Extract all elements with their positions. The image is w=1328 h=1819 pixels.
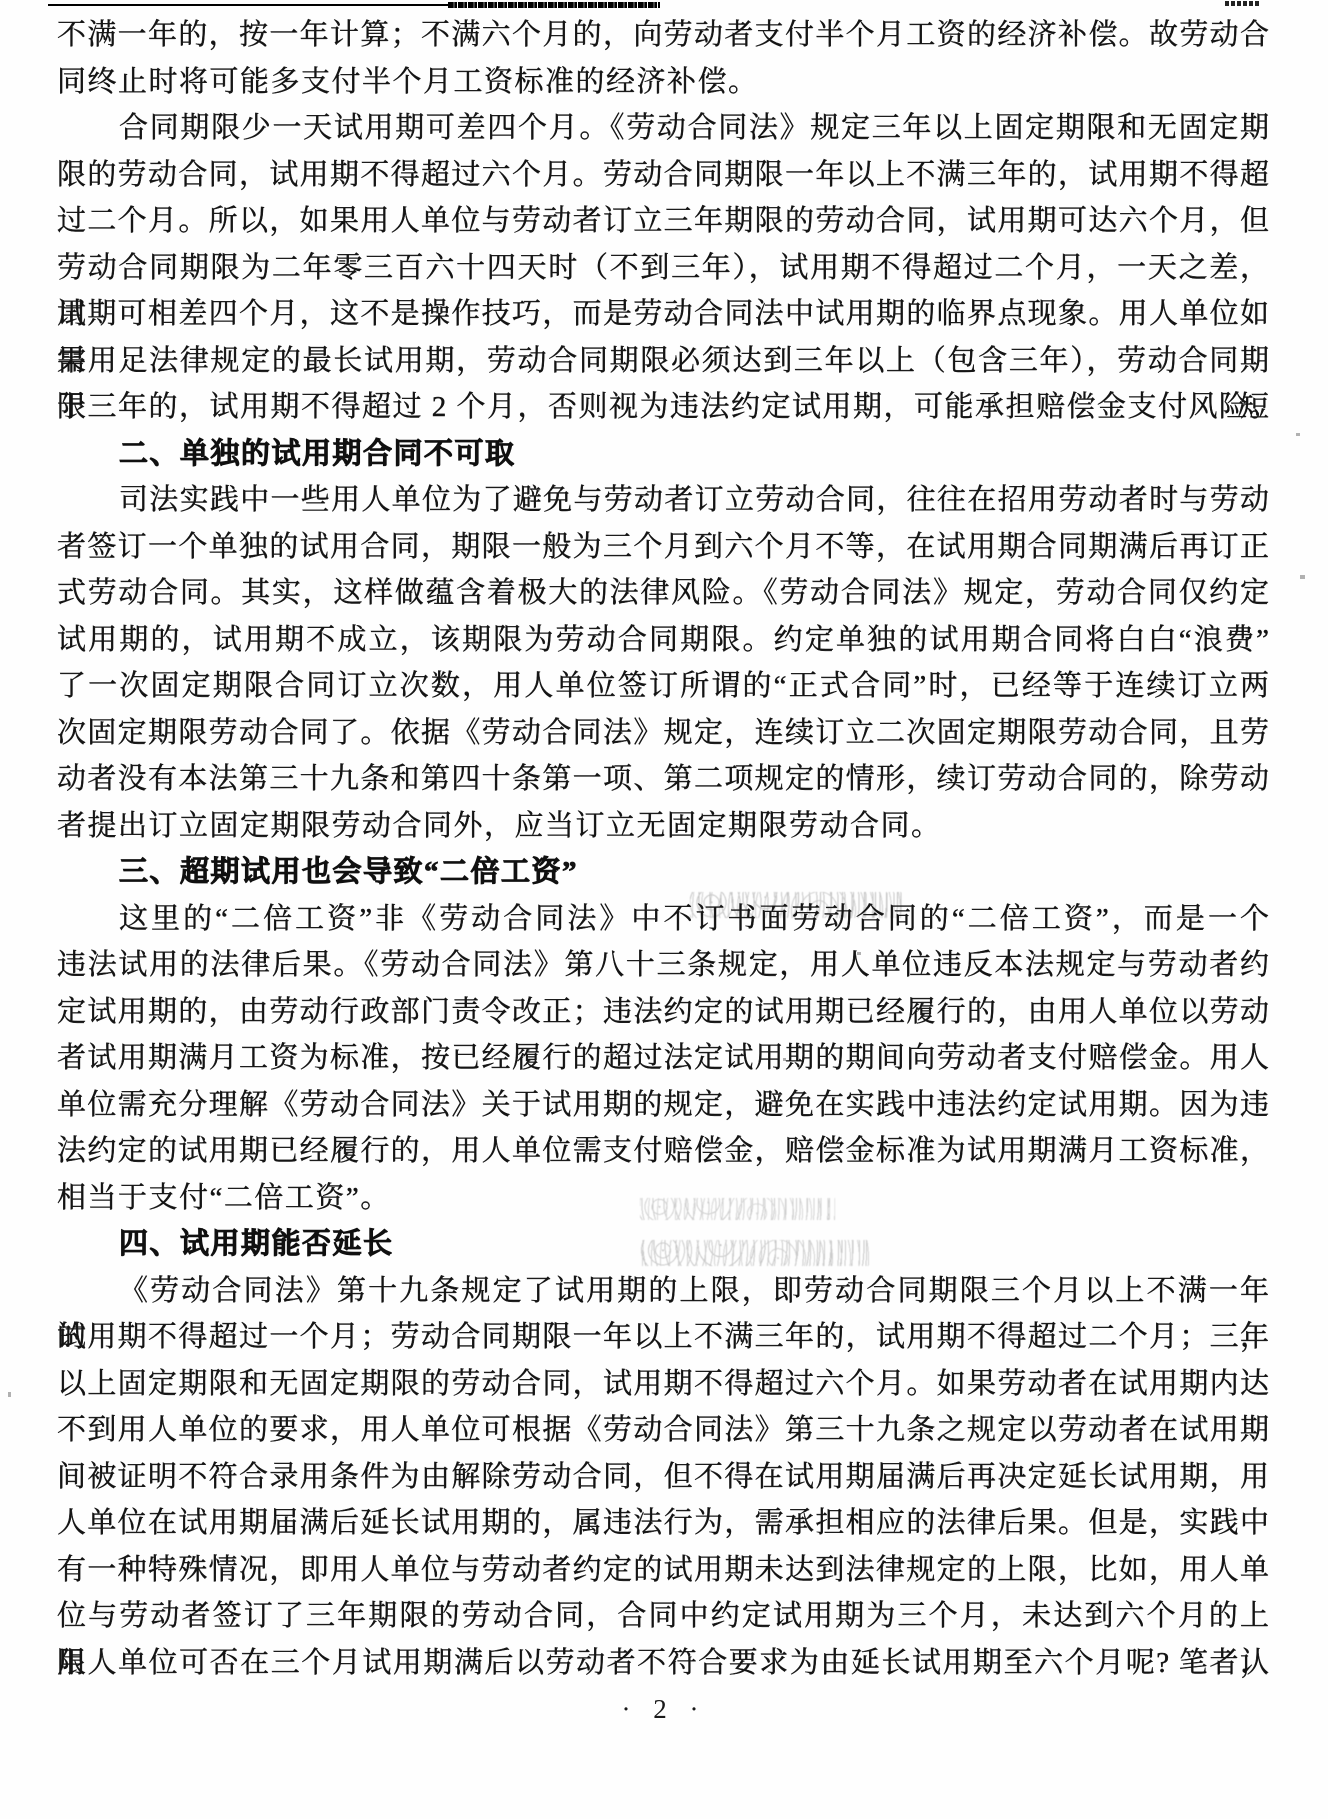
text-line: 需用足法律规定的最长试用期，劳动合同期限必须达到三年以上（包含三年），劳动合同期…	[57, 338, 1270, 385]
text-line: 劳动合同期限为二年零三百六十四天时（不到三年），试用期不得超过二个月，一天之差，…	[57, 245, 1270, 292]
text-line: 相当于支付“二倍工资”。	[57, 1175, 1270, 1222]
text-line: 有一种特殊情况，即用人单位与劳动者约定的试用期未达到法律规定的上限，比如，用人单	[57, 1547, 1270, 1594]
text-line: 司法实践中一些用人单位为了避免与劳动者订立劳动合同，往往在招用劳动者时与劳动	[57, 477, 1270, 524]
scan-artifact-topline-hatch	[448, 2, 660, 8]
text-line: 单位需充分理解《劳动合同法》关于试用期的规定，避免在实践中违法约定试用期。因为违	[57, 1082, 1270, 1129]
text-line: 动者没有本法第三十九条和第四十条第一项、第二项规定的情形，续订劳动合同的，除劳动	[57, 756, 1270, 803]
heading-line: 四、试用期能否延长	[57, 1221, 1270, 1268]
text-line: 试用期的，试用期不成立，该期限为劳动合同期限。约定单独的试用期合同将白白“浪费”	[57, 617, 1270, 664]
text-line: 了一次固定期限合同订立次数，用人单位签订所谓的“正式合同”时，已经等于连续订立两	[57, 663, 1270, 710]
scan-speck	[8, 1392, 11, 1397]
text-line: 式劳动合同。其实，这样做蕴含着极大的法律风险。《劳动合同法》规定，劳动合同仅约定	[57, 570, 1270, 617]
text-line: 合同期限少一天试用期可差四个月。《劳动合同法》规定三年以上固定期限和无固定期	[57, 105, 1270, 152]
text-line: 不满一年的，按一年计算；不满六个月的，向劳动者支付半个月工资的经济补偿。故劳动合	[57, 12, 1270, 59]
heading-line: 二、单独的试用期合同不可取	[57, 431, 1270, 478]
text-line: 人单位在试用期届满后延长试用期的，属违法行为，需承担相应的法律后果。但是，实践中	[57, 1500, 1270, 1547]
text-line: 法约定的试用期已经履行的，用人单位需支付赔偿金，赔偿金标准为试用期满月工资标准，	[57, 1128, 1270, 1175]
text-line: 于三年的，试用期不得超过 2 个月，否则视为违法约定试用期，可能承担赔偿金支付风…	[57, 384, 1270, 431]
text-line: 《劳动合同法》第十九条规定了试用期的上限，即劳动合同期限三个月以上不满一年的，	[57, 1268, 1270, 1315]
text-line: 不到用人单位的要求，用人单位可根据《劳动合同法》第三十九条之规定以劳动者在试用期	[57, 1407, 1270, 1454]
heading-line: 三、超期试用也会导致“二倍工资”	[57, 849, 1270, 896]
text-line: 用期可相差四个月，这不是操作技巧，而是劳动合同法中试用期的临界点现象。用人单位如…	[57, 291, 1270, 338]
text-line: 者签订一个单独的试用合同，期限一般为三个月到六个月不等，在试用期合同期满后再订正	[57, 524, 1270, 571]
text-line: 过二个月。所以，如果用人单位与劳动者订立三年期限的劳动合同，试用期可达六个月，但	[57, 198, 1270, 245]
text-line: 限的劳动合同，试用期不得超过六个月。劳动合同期限一年以上不满三年的，试用期不得超	[57, 152, 1270, 199]
scan-artifact-top-dash	[1225, 1, 1259, 6]
text-line: 者试用期满月工资为标准，按已经履行的超过法定试用期的期间向劳动者支付赔偿金。用人	[57, 1035, 1270, 1082]
text-line: 同终止时将可能多支付半个月工资标准的经济补偿。	[57, 59, 1270, 106]
text-line: 者提出订立固定期限劳动合同外，应当订立无固定期限劳动合同。	[57, 803, 1270, 850]
page-number: · 2 ·	[0, 1694, 1328, 1725]
scan-speck	[1296, 433, 1300, 436]
scan-artifact-topline	[48, 4, 448, 6]
text-line: 定试用期的，由劳动行政部门责令改正；违法约定的试用期已经履行的，由用人单位以劳动	[57, 989, 1270, 1036]
text-line: 次固定期限劳动合同了。依据《劳动合同法》规定，连续订立二次固定期限劳动合同，且劳	[57, 710, 1270, 757]
text-line: 试用期不得超过一个月；劳动合同期限一年以上不满三年的，试用期不得超过二个月；三年	[57, 1314, 1270, 1361]
text-line: 违法试用的法律后果。《劳动合同法》第八十三条规定，用人单位违反本法规定与劳动者约	[57, 942, 1270, 989]
text-line: 以上固定期限和无固定期限的劳动合同，试用期不得超过六个月。如果劳动者在试用期内达	[57, 1361, 1270, 1408]
scanned-document-page: 不满一年的，按一年计算；不满六个月的，向劳动者支付半个月工资的经济补偿。故劳动合…	[0, 0, 1328, 1819]
text-line: 间被证明不符合录用条件为由解除劳动合同，但不得在试用期届满后再决定延长试用期，用	[57, 1454, 1270, 1501]
text-line: 用人单位可否在三个月试用期满后以劳动者不符合要求为由延长试用期至六个月呢? 笔者…	[57, 1640, 1270, 1687]
scan-speck	[1300, 575, 1305, 579]
text-body: 不满一年的，按一年计算；不满六个月的，向劳动者支付半个月工资的经济补偿。故劳动合…	[57, 12, 1270, 1686]
text-line: 位与劳动者签订了三年期限的劳动合同，合同中约定试用期为三个月，未达到六个月的上限…	[57, 1593, 1270, 1640]
text-line: 这里的“二倍工资”非《劳动合同法》中不订书面劳动合同的“二倍工资”，而是一个	[57, 896, 1270, 943]
